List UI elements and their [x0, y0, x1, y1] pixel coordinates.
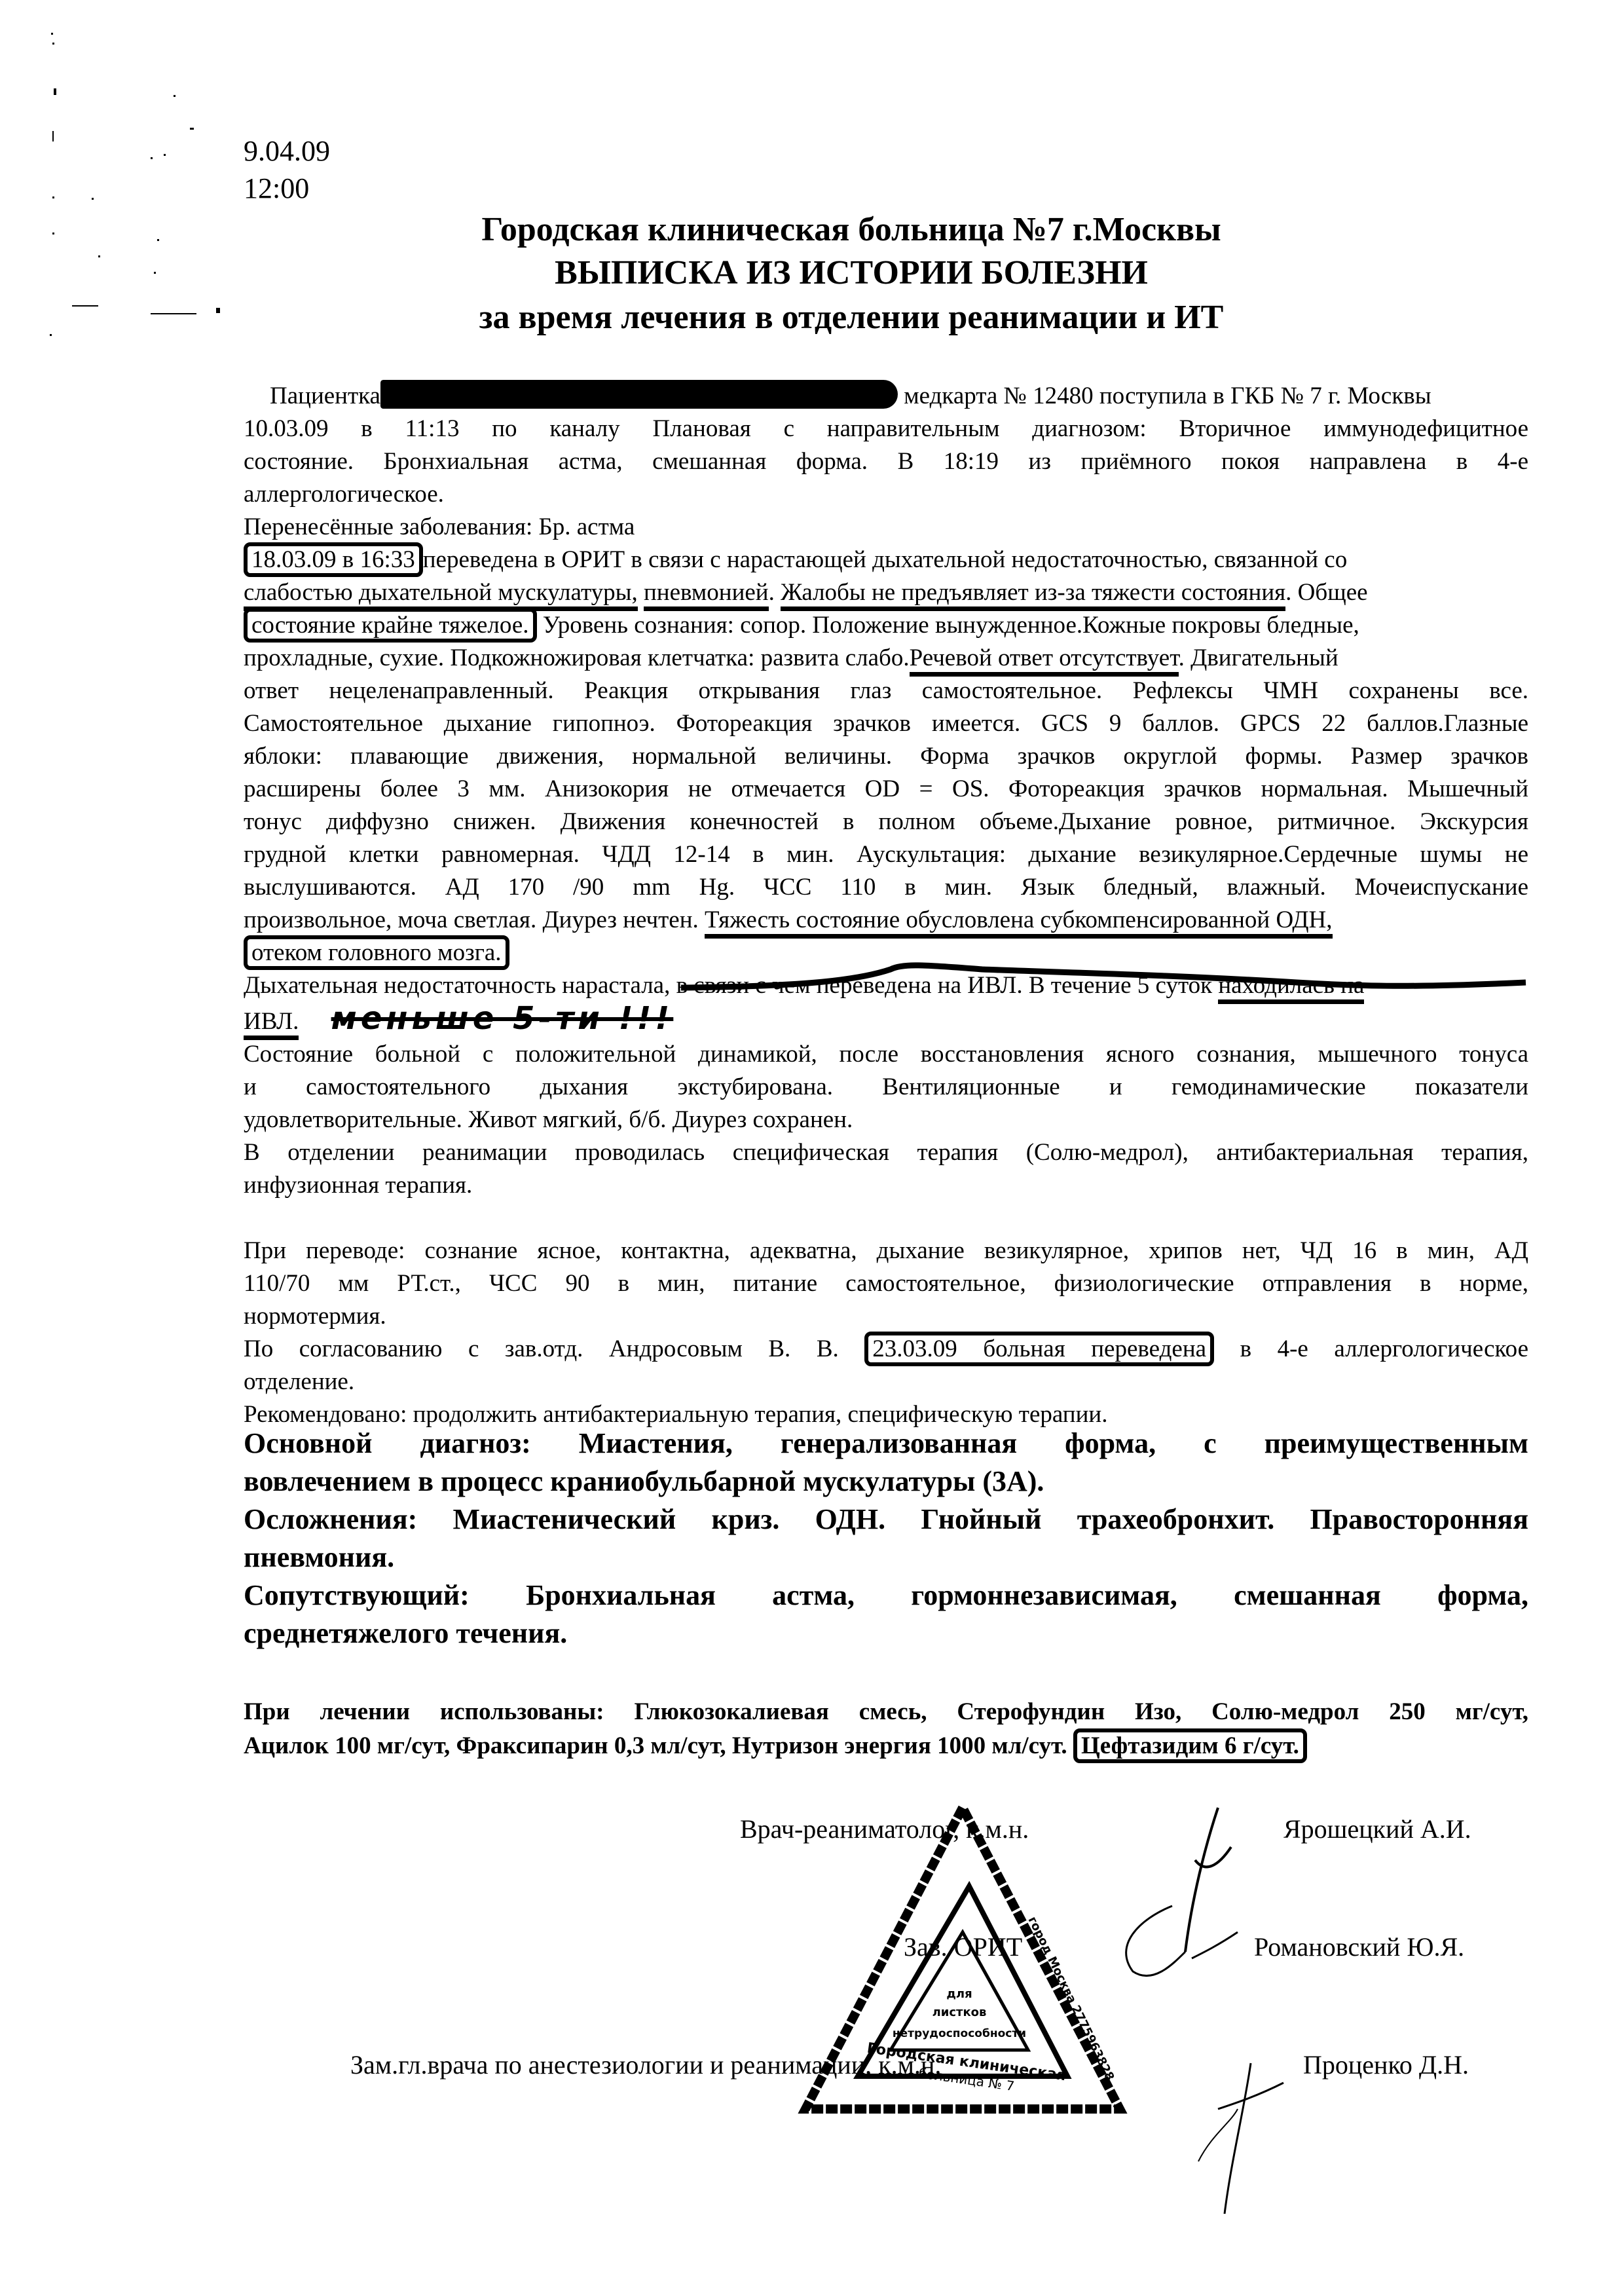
medications: Ацилок 100 мг/сут, Фраксипарин 0,3 мл/су…: [244, 1732, 1067, 1759]
circled-transfer-out-date: 23.03.09 больная переведена: [864, 1332, 1214, 1366]
circled-severe-condition: состояние крайне тяжелое.: [244, 608, 537, 643]
icu-line-13: отеком головного мозга.: [244, 937, 1528, 969]
concomitant-line-2: среднетяжелого течения.: [244, 1614, 1528, 1652]
intro-line-2: 10.03.09 в 11:13 по каналу Плановая с на…: [244, 413, 1528, 445]
handwritten-note: меньше 5-ти !!!: [331, 1000, 674, 1037]
blank-line: [244, 1202, 1528, 1235]
recovery-line-5: инфузионная терапия.: [244, 1169, 1528, 1202]
official-stamp: для листков нетрудоспособности Городская…: [792, 1801, 1133, 2142]
intro-line-1: Пациентка медкарта № 12480 поступила в Г…: [244, 380, 1528, 413]
main-diagnosis-line-1: Основной диагноз: Миастения, генерализов…: [244, 1425, 1528, 1463]
intro-line-4: аллергологическое.: [244, 478, 1528, 511]
stamp-center-text-1: для: [946, 1987, 972, 2001]
document-date: 9.04.09: [244, 134, 330, 168]
underlined-was-on: находилась на: [1218, 972, 1364, 1004]
complications-line-1: Осложнения: Миастенический криз. ОДН. Гн…: [244, 1501, 1528, 1539]
underlined-ivl: ИВЛ.: [244, 1008, 299, 1040]
icu-line-4: прохладные, сухие. Подкожножировая клетч…: [244, 642, 1528, 675]
circled-transfer-date: 18.03.09 в 16:33: [244, 542, 423, 577]
transfer-line-3: нормотермия.: [244, 1300, 1528, 1333]
concomitant-line-1: Сопутствующий: Бронхиальная астма, гормо…: [244, 1577, 1528, 1614]
complications-line-2: пневмония.: [244, 1539, 1528, 1577]
hospital-name: Городская клиническая больница №7 г.Моск…: [0, 208, 1624, 252]
recovery-line-3: удовлетворительные. Живот мягкий, б/б. Д…: [244, 1104, 1528, 1136]
icu-line-11: выслушиваются. АД 170 /90 mm Hg. ЧСС 110…: [244, 871, 1528, 904]
consciousness-level: Уровень сознания: сопор. Положение вынуж…: [543, 612, 1359, 639]
underlined-no-speech: Речевой ответ отсутствует: [910, 644, 1179, 677]
icu-line-6: Самостоятельное дыхание гипопноэ. Фоторе…: [244, 707, 1528, 740]
underlined-complaints: Жалобы не предъявляет из-за тяжести сост…: [781, 579, 1285, 611]
agreement-text: По согласованию с зав.отд. Андросовым В.…: [244, 1335, 839, 1362]
icu-line-2: слабостью дыхательной мускулатуры, пневм…: [244, 576, 1528, 609]
medcard-info: медкарта № 12480 поступила в ГКБ № 7 г. …: [904, 382, 1431, 409]
document-type: ВЫПИСКА ИЗ ИСТОРИИ БОЛЕЗНИ: [0, 252, 1624, 295]
icu-line-5: ответ нецеленаправленный. Реакция открыв…: [244, 675, 1528, 707]
urination-text: произвольное, моча светлая. Диурез нечте…: [244, 906, 699, 933]
stamp-center-text-2: листков: [932, 2006, 987, 2019]
underlined-pneumonia: пневмонией: [644, 579, 769, 611]
main-diagnosis-line-2: вовлечением в процесс краниобульбарной м…: [244, 1463, 1528, 1501]
text-fragment: . Общее: [1285, 579, 1367, 606]
transfer-line-4: По согласованию с зав.отд. Андросовым В.…: [244, 1333, 1528, 1366]
transfer-line-1: При переводе: сознание ясное, контактна,…: [244, 1235, 1528, 1267]
treatment-line-1: При лечении использованы: Глюкозокалиева…: [244, 1695, 1528, 1729]
circled-brain-edema: отеком головного мозга.: [244, 935, 509, 970]
treatment-block: При лечении использованы: Глюкозокалиева…: [244, 1695, 1528, 1763]
icu-line-9: тонус диффузно снижен. Движения конечнос…: [244, 806, 1528, 838]
icu-line-7: яблоки: плавающие движения, нормальной в…: [244, 740, 1528, 773]
underlined-weakness: слабостью дыхательной мускулатуры,: [244, 579, 638, 611]
treatment-line-2: Ацилок 100 мг/сут, Фраксипарин 0,3 мл/су…: [244, 1729, 1528, 1763]
icu-line-3: состояние крайне тяжелое. Уровень сознан…: [244, 609, 1528, 642]
document-body: Пациентка медкарта № 12480 поступила в Г…: [244, 380, 1528, 1431]
ventilation-text: Дыхательная недостаточность нарастала, в…: [244, 972, 1212, 999]
recovery-line-4: В отделении реанимации проводилась специ…: [244, 1136, 1528, 1169]
signature-name-3: Проценко Д.Н.: [1303, 2049, 1469, 2081]
icu-line-10: грудной клетки равномерная. ЧДД 12-14 в …: [244, 838, 1528, 871]
document-time: 12:00: [244, 172, 309, 206]
icu-line-1: 18.03.09 в 16:33переведена в ОРИТ в связ…: [244, 544, 1528, 576]
recovery-line-1: Состояние больной с положительной динами…: [244, 1038, 1528, 1071]
stamp-edge-text: город Москва 2775963828: [1025, 1914, 1117, 2083]
intro-line-3: состояние. Бронхиальная астма, смешанная…: [244, 445, 1528, 478]
ventilation-line-1: Дыхательная недостаточность нарастала, в…: [244, 969, 1528, 1002]
redacted-patient-name: [380, 380, 898, 409]
recovery-line-2: и самостоятельного дыхания экстубирована…: [244, 1071, 1528, 1104]
text-fragment: . Двигательный: [1179, 644, 1338, 671]
transfer-line-2: 110/70 мм РТ.ст., ЧСС 90 в мин, питание …: [244, 1267, 1528, 1300]
diagnosis-block: Основной диагноз: Миастения, генерализов…: [244, 1425, 1528, 1652]
patient-label: Пациентка: [270, 382, 380, 409]
circled-ceftazidime: Цефтазидим 6 г/сут.: [1073, 1728, 1307, 1763]
document-subtitle: за время лечения в отделении реанимации …: [0, 296, 1624, 339]
stamp-center-text-3: нетрудоспособности: [893, 2027, 1026, 2040]
icu-reason: переведена в ОРИТ в связи с нарастающей …: [423, 546, 1347, 573]
skin-description: прохладные, сухие. Подкожножировая клетч…: [244, 644, 910, 671]
ventilation-line-2: ИВЛ. меньше 5-ти !!!: [244, 1002, 1528, 1038]
destination-department: в 4-е аллергологическое: [1240, 1335, 1528, 1362]
punct: .: [769, 579, 775, 606]
past-diseases: Перенесённые заболевания: Бр. астма: [244, 511, 1528, 544]
icu-line-8: расширены более 3 мм. Анизокория не отме…: [244, 773, 1528, 806]
underlined-severity-cause: Тяжесть состояние обусловлена субкомпенс…: [705, 906, 1333, 939]
icu-line-12: произвольное, моча светлая. Диурез нечте…: [244, 904, 1528, 937]
transfer-line-5: отделение.: [244, 1366, 1528, 1398]
